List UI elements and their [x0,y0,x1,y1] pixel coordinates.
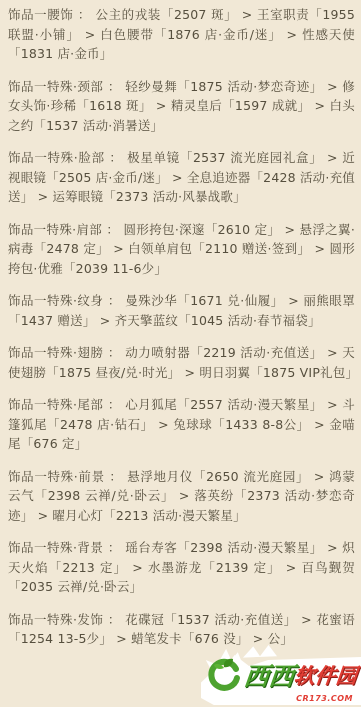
brand-name-green: 西西 [242,657,296,693]
brand-name-red: 软件园 [292,660,358,690]
section-text: 饰品一腰饰 ： 公主的戎装「2507 斑」 > 王室职责「1955 联盟·小铺」… [8,7,355,61]
section-paragraph: 饰品一特殊·前景 ： 悬浮地月仪「2650 流光庭园」 > 鸿蒙云气「2398 … [8,467,355,526]
sprout-c-icon [206,657,242,693]
guide-content: 饰品一腰饰 ： 公主的戎装「2507 斑」 > 王室职责「1955 联盟·小铺」… [0,0,361,649]
section-paragraph: 饰品一特殊·脸部 ： 极星单镜「2537 流光庭园礼盒」 > 近视眼镜「2505… [8,148,355,207]
section-paragraph: 饰品一特殊·翅膀 ： 动力喷射器「2219 活动·充值送」 > 天使翅膀「187… [8,343,355,382]
section-text: 饰品一特殊·脸部 ： 极星单镜「2537 流光庭园礼盒」 > 近视眼镜「2505… [8,150,355,204]
section-paragraph: 饰品一特殊·背景 ： 瑶台寿客「2398 活动·漫天繁星」 > 炽天火焰「221… [8,538,355,597]
watermark-logo-row: 西西 软件园 [206,657,357,693]
section-paragraph: 饰品一特殊·肩部 ： 圆形挎包·深邃「2610 定」 > 悬浮之翼·病毒「247… [8,220,355,279]
section-text: 饰品一特殊·尾部 ： 心月狐尾「2557 活动·漫天繁星」 > 斗篷狐尾「247… [8,397,355,451]
cr173-watermark: 西西 软件园 CR173.COM [193,643,361,705]
section-text: 饰品一特殊·背景 ： 瑶台寿客「2398 活动·漫天繁星」 > 炽天火焰「221… [8,540,355,594]
section-text: 饰品一特殊·颈部 ： 轻纱曼舞「1875 活动·梦恋奇迹」 > 修女头饰·珍稀「… [8,79,355,133]
brand-domain: CR173.COM [296,694,353,703]
section-paragraph: 饰品一特殊·尾部 ： 心月狐尾「2557 活动·漫天繁星」 > 斗篷狐尾「247… [8,395,355,454]
section-text: 饰品一特殊·翅膀 ： 动力喷射器「2219 活动·充值送」 > 天使翅膀「187… [8,345,358,380]
section-text: 饰品一特殊·纹身 ： 曼殊沙华「1671 兑·仙履」 > 丽熊眼罩「1437 赠… [8,293,355,328]
section-paragraph: 饰品一特殊·纹身 ： 曼殊沙华「1671 兑·仙履」 > 丽熊眼罩「1437 赠… [8,291,355,330]
section-text: 饰品一特殊·肩部 ： 圆形挎包·深邃「2610 定」 > 悬浮之翼·病毒「247… [8,222,355,276]
guide-page: 饰品一腰饰 ： 公主的戎装「2507 斑」 > 王室职责「1955 联盟·小铺」… [0,0,361,707]
section-text: 饰品一特殊·前景 ： 悬浮地月仪「2650 流光庭园」 > 鸿蒙云气「2398 … [8,469,355,523]
section-paragraph: 饰品一腰饰 ： 公主的戎装「2507 斑」 > 王室职责「1955 联盟·小铺」… [8,5,355,64]
section-text: 饰品一特殊·发饰 ： 花碟冠「1537 活动·充值送」 > 花蜜语「1254 1… [8,612,355,647]
section-paragraph: 饰品一特殊·颈部 ： 轻纱曼舞「1875 活动·梦恋奇迹」 > 修女头饰·珍稀「… [8,77,355,136]
